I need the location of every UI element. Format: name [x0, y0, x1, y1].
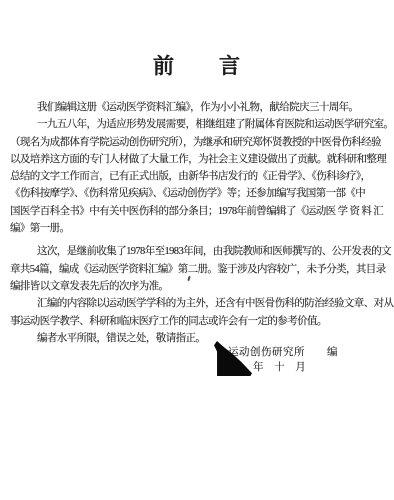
preface-body: 我们编辑这册《运动医学资料汇编》，作为小小礼物，献给院庆三十周年。 一九五八年，… [10, 99, 388, 347]
text-line-4: 以及培养这方面的专门人材做了大量工作，为社会主义建设做出了贡献。就科研和整理 [10, 151, 388, 168]
text-line-13: 事运动医学教学、科研和临床医疗工作的同志或许会有一定的参考价值。 [10, 313, 388, 330]
text-line-9: 这次，是继前收集了1978年至1983年间，由我院教师和医师撰写的、公开发表的文 [10, 243, 388, 260]
page-title: 前 言 [0, 50, 394, 80]
text-line-11: 编排皆以文章发表先后的次序为准。 [10, 278, 388, 295]
text-line-2: 一九五八年，为适应形势发展需要，相继组建了附属体育医院和运动医学研究室。 [10, 116, 388, 133]
text-line-8: 编》第一册。 [10, 220, 388, 237]
scanned-preface-page: 前 言 我们编辑这册《运动医学资料汇编》，作为小小礼物，献给院庆三十周年。 一九… [0, 0, 394, 500]
text-line-7: 国医学百科全书》中有关中医伤科的部分条目；1978年前曾编辑了《运动医 学 资 … [10, 203, 388, 220]
signature-organization: 运动创伤研究所 编 [228, 346, 338, 361]
text-line-10: 章共54篇，编成《运动医学资料汇编》第二册。鉴于涉及内容较广，未予分类，其目录 [10, 261, 388, 278]
text-line-1: 我们编辑这册《运动医学资料汇编》，作为小小礼物，献给院庆三十周年。 [10, 99, 388, 116]
text-line-6: 《伤科按摩学》、《伤科常见疾病》、《运动创伤学》等；还参加编写我国第一部《中 [10, 185, 388, 202]
text-line-14: 编者水平所限，错误之处，敬请指正。 [10, 330, 388, 347]
text-line-12: 汇编的内容除以运动医学学科的为主外，还含有中医骨伤科的防治经验文章、对从 [10, 295, 388, 312]
text-line-5: 总结的文字工作而言，已有正式出版，由新华书店发行的《正骨学》、《伤科诊疗》， [10, 168, 388, 185]
text-line-3: （现名为成都体育学院运动创伤研究所），为继承和研究郑怀贤教授的中医骨伤科经验 [10, 134, 388, 151]
